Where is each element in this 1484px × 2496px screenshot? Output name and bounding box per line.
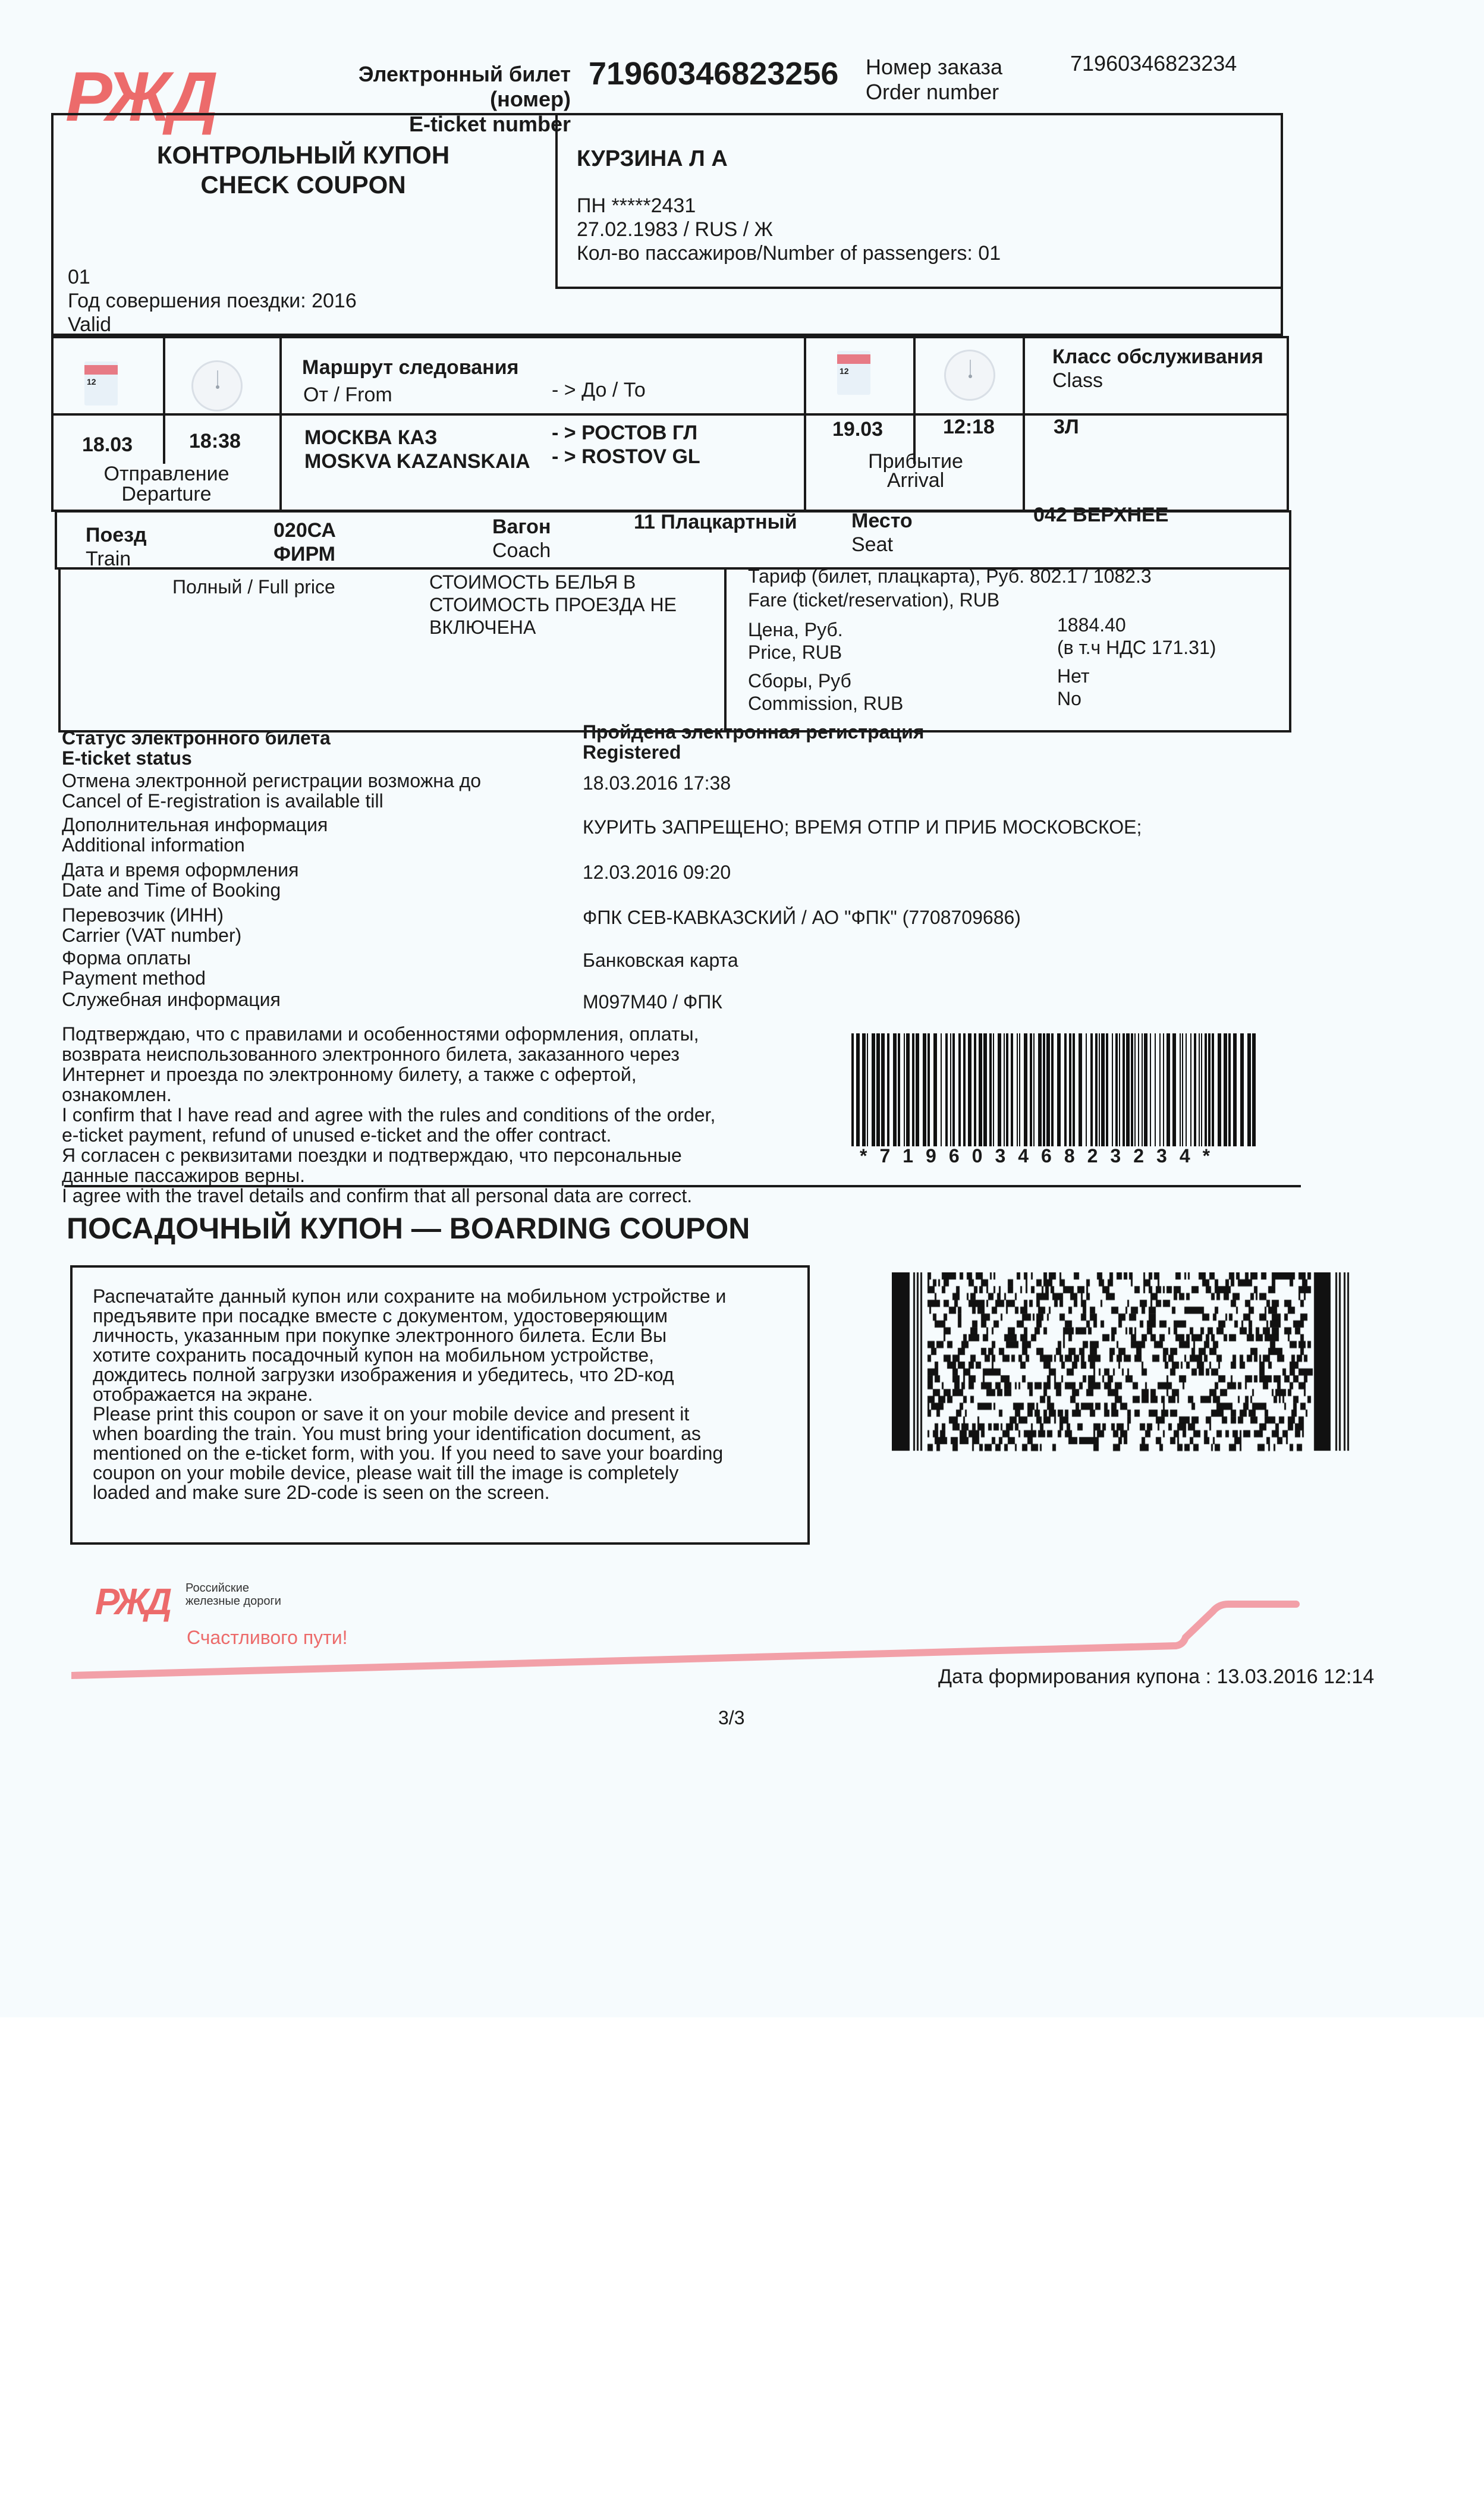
price-label-ru: Цена, Руб. bbox=[748, 618, 843, 641]
train-type: ФИРМ bbox=[273, 542, 336, 566]
detail-value-ru: ФПК СЕВ-КАВКАЗСКИЙ / АО "ФПК" (770870968… bbox=[583, 907, 1021, 928]
route-to-en: - > ROSTOV GL bbox=[552, 445, 700, 469]
divider bbox=[279, 336, 282, 512]
class-label-en: Class bbox=[1052, 369, 1263, 392]
order-label: Номер заказа Order number bbox=[866, 55, 1002, 105]
boarding-instruction-line: дождитесь полной загрузки изображения и … bbox=[93, 1365, 726, 1385]
passenger-name: КУРЗИНА Л А bbox=[577, 145, 728, 172]
route-to: - > РОСТОВ ГЛ - > ROSTOV GL bbox=[552, 421, 700, 469]
detail-value: КУРИТЬ ЗАПРЕЩЕНО; ВРЕМЯ ОТПР И ПРИБ МОСК… bbox=[583, 817, 1142, 837]
2d-barcode bbox=[892, 1272, 1356, 1457]
validity-status: Valid bbox=[68, 313, 357, 337]
detail-label-ru: Отмена электронной регистрации возможна … bbox=[62, 771, 481, 791]
order-number: 71960346823234 bbox=[1070, 51, 1237, 76]
price-label-en: Price, RUB bbox=[748, 641, 843, 664]
order-label-en: Order number bbox=[866, 80, 1002, 105]
detail-label-en: Date and Time of Booking bbox=[62, 880, 298, 900]
route-to-label: - > До / То bbox=[552, 378, 646, 402]
detail-label-ru: Статус электронного билета bbox=[62, 728, 331, 748]
detail-value-en: Registered bbox=[583, 742, 924, 762]
detail-value-ru: КУРИТЬ ЗАПРЕЩЕНО; ВРЕМЯ ОТПР И ПРИБ МОСК… bbox=[583, 817, 1142, 837]
detail-label-en: Carrier (VAT number) bbox=[62, 925, 241, 945]
vat-note: (в т.ч НДС 171.31) bbox=[1057, 636, 1216, 659]
coupon-code: 01 bbox=[68, 265, 357, 289]
agreement-text: Подтверждаю, что с правилами и особеннос… bbox=[62, 1024, 715, 1206]
divider bbox=[163, 336, 165, 464]
linen-note: СТОИМОСТЬ БЕЛЬЯ В СТОИМОСТЬ ПРОЕЗДА НЕ В… bbox=[429, 571, 715, 639]
boarding-instruction-line: coupon on your mobile device, please wai… bbox=[93, 1463, 726, 1483]
detail-value: 12.03.2016 09:20 bbox=[583, 862, 731, 882]
boarding-instruction-line: личность, указанным при покупке электрон… bbox=[93, 1326, 726, 1346]
eticket-label-ru: Электронный билет (номер) bbox=[273, 62, 571, 112]
detail-label-ru: Служебная информация bbox=[62, 989, 281, 1010]
route-header: Маршрут следования bbox=[302, 356, 518, 379]
detail-value: 18.03.2016 17:38 bbox=[583, 773, 731, 793]
departure-label-en: Departure bbox=[77, 484, 256, 504]
coupon-generated-at: Дата формирования купона : 13.03.2016 12… bbox=[938, 1665, 1374, 1689]
order-label-ru: Номер заказа bbox=[866, 55, 1002, 80]
detail-label-en: Cancel of E-registration is available ti… bbox=[62, 791, 481, 811]
detail-label: Дополнительная информацияAdditional info… bbox=[62, 815, 328, 855]
route-from-label: От / From bbox=[303, 383, 392, 407]
check-coupon-title: КОНТРОЛЬНЫЙ КУПОН CHECK COUPON bbox=[71, 140, 535, 200]
train-number-value: 020СА bbox=[273, 518, 336, 542]
route-to-ru: - > РОСТОВ ГЛ bbox=[552, 421, 700, 445]
trip-year: Год совершения поездки: 2016 bbox=[68, 289, 357, 313]
scanned-page: РЖД Электронный билет (номер) E-ticket n… bbox=[0, 0, 1484, 2017]
coach-value: 11 Плацкартный bbox=[634, 510, 797, 534]
boarding-instruction-line: loaded and make sure 2D-code is seen on … bbox=[93, 1483, 726, 1502]
detail-label-en: Payment method bbox=[62, 968, 206, 988]
agreement-line: I confirm that I have read and agree wit… bbox=[62, 1105, 715, 1125]
arrival-time: 12:18 bbox=[943, 415, 995, 439]
detail-label: Отмена электронной регистрации возможна … bbox=[62, 771, 481, 811]
train-number: 020СА ФИРМ bbox=[273, 518, 336, 566]
commission-value: Нет No bbox=[1057, 665, 1090, 710]
detail-value-ru: Банковская карта bbox=[583, 950, 738, 970]
class-label: Класс обслуживания Class bbox=[1052, 345, 1263, 392]
calendar-icon bbox=[837, 351, 870, 395]
barcode bbox=[851, 1033, 1262, 1146]
agreement-line: данные пассажиров верны. bbox=[62, 1165, 715, 1186]
class-label-ru: Класс обслуживания bbox=[1052, 345, 1263, 369]
commission-label-en: Commission, RUB bbox=[748, 692, 903, 715]
detail-label-en: Additional information bbox=[62, 835, 328, 855]
price-amount: 1884.40 bbox=[1057, 614, 1216, 636]
check-coupon-meta: 01 Год совершения поездки: 2016 Valid bbox=[68, 265, 357, 337]
divider bbox=[64, 1185, 1301, 1187]
calendar-icon bbox=[84, 361, 118, 405]
departure-label: Отправление Departure bbox=[77, 464, 256, 504]
passenger-document: ПН *****2431 bbox=[577, 194, 1001, 218]
arrival-date: 19.03 bbox=[832, 417, 883, 441]
agreement-line: Интернет и проезда по электронному билет… bbox=[62, 1064, 715, 1084]
agreement-line: e-ticket payment, refund of unused e-tic… bbox=[62, 1125, 715, 1145]
tariff-label-ru: Тариф (билет, плацкарта), Руб. bbox=[748, 565, 1024, 587]
divider bbox=[804, 336, 806, 512]
arrival-label-en: Arrival bbox=[826, 471, 1005, 490]
detail-value-ru: М097М40 / ФПК bbox=[583, 992, 722, 1012]
arrival-label: Прибытие Arrival bbox=[826, 452, 1005, 490]
detail-label-ru: Форма оплаты bbox=[62, 948, 206, 968]
coach-label: Вагон Coach bbox=[492, 515, 551, 562]
departure-label-ru: Отправление bbox=[77, 464, 256, 484]
boarding-instruction-line: отображается на экране. bbox=[93, 1385, 726, 1404]
class-value: 3Л bbox=[1054, 415, 1079, 439]
train-label: Поезд Train bbox=[86, 523, 147, 571]
boarding-coupon-title: ПОСАДОЧНЫЙ КУПОН — BOARDING COUPON bbox=[67, 1211, 750, 1246]
detail-label: Статус электронного билетаE-ticket statu… bbox=[62, 728, 331, 768]
boarding-instruction-line: хотите сохранить посадочный купон на моб… bbox=[93, 1346, 726, 1365]
detail-value: ФПК СЕВ-КАВКАЗСКИЙ / АО "ФПК" (770870968… bbox=[583, 907, 1021, 928]
seat-value: 042 ВЕРХНЕЕ bbox=[1033, 503, 1168, 527]
boarding-instruction-line: Please print this coupon or save it on y… bbox=[93, 1404, 726, 1424]
agreement-line: Подтверждаю, что с правилами и особеннос… bbox=[62, 1024, 715, 1044]
detail-label-ru: Дополнительная информация bbox=[62, 815, 328, 835]
coach-label-ru: Вагон bbox=[492, 515, 551, 539]
barcode-caption: *71960346823234* bbox=[860, 1145, 1222, 1167]
agreement-line: Я согласен с реквизитами поездки и подтв… bbox=[62, 1145, 715, 1165]
route-from-en: MOSKVA KAZANSKAIA bbox=[304, 449, 530, 473]
detail-value: М097М40 / ФПК bbox=[583, 992, 722, 1012]
detail-value: Банковская карта bbox=[583, 950, 738, 970]
fare-type: Полный / Full price bbox=[172, 576, 335, 598]
commission-value-en: No bbox=[1057, 687, 1090, 710]
tariff-line: Тариф (билет, плацкарта), Руб. 802.1 / 1… bbox=[748, 565, 1152, 587]
boarding-instructions: Распечатайте данный купон или сохраните … bbox=[93, 1287, 726, 1502]
divider bbox=[724, 567, 727, 733]
passenger-birth-country-gender: 27.02.1983 / RUS / Ж bbox=[577, 218, 1001, 241]
route-from-ru: МОСКВА КАЗ bbox=[304, 426, 530, 449]
detail-label: Дата и время оформленияDate and Time of … bbox=[62, 860, 298, 900]
detail-value-ru: 18.03.2016 17:38 bbox=[583, 773, 731, 793]
train-label-ru: Поезд bbox=[86, 523, 147, 547]
seat-label-en: Seat bbox=[851, 533, 913, 557]
eticket-number: 71960346823256 bbox=[589, 56, 838, 92]
detail-label: Служебная информация bbox=[62, 989, 281, 1010]
boarding-instruction-line: предъявите при посадке вместе с документ… bbox=[93, 1306, 726, 1326]
commission-label: Сборы, Руб Commission, RUB bbox=[748, 669, 903, 715]
price-label: Цена, Руб. Price, RUB bbox=[748, 618, 843, 664]
detail-value-ru: 12.03.2016 09:20 bbox=[583, 862, 731, 882]
divider bbox=[555, 113, 558, 289]
divider bbox=[1023, 336, 1025, 512]
check-coupon-title-en: CHECK COUPON bbox=[71, 170, 535, 200]
detail-label-ru: Перевозчик (ИНН) bbox=[62, 905, 241, 925]
page-indicator: 3/3 bbox=[718, 1706, 744, 1729]
clock-icon bbox=[944, 350, 995, 401]
decorative-rail bbox=[71, 1587, 1379, 1706]
passenger-details: ПН *****2431 27.02.1983 / RUS / Ж Кол-во… bbox=[577, 194, 1001, 265]
detail-label: Форма оплатыPayment method bbox=[62, 948, 206, 988]
check-coupon-title-ru: КОНТРОЛЬНЫЙ КУПОН bbox=[71, 140, 535, 170]
agreement-line: I agree with the travel details and conf… bbox=[62, 1186, 715, 1206]
divider bbox=[51, 413, 1289, 416]
boarding-instruction-line: when boarding the train. You must bring … bbox=[93, 1424, 726, 1444]
detail-label-ru: Дата и время оформления bbox=[62, 860, 298, 880]
route-from: МОСКВА КАЗ MOSKVA KAZANSKAIA bbox=[304, 426, 530, 473]
boarding-instruction-line: mentioned on the e-ticket form, with you… bbox=[93, 1444, 726, 1463]
clock-icon bbox=[191, 360, 243, 411]
divider bbox=[555, 287, 1283, 289]
price-value: 1884.40 (в т.ч НДС 171.31) bbox=[1057, 614, 1216, 659]
detail-label-en: E-ticket status bbox=[62, 748, 331, 768]
agreement-line: ознакомлен. bbox=[62, 1084, 715, 1105]
commission-label-ru: Сборы, Руб bbox=[748, 669, 903, 692]
coach-label-en: Coach bbox=[492, 539, 551, 562]
tariff-label-en: Fare (ticket/reservation), RUB bbox=[748, 589, 999, 611]
detail-label: Перевозчик (ИНН)Carrier (VAT number) bbox=[62, 905, 241, 945]
divider bbox=[913, 336, 916, 464]
departure-date: 18.03 bbox=[82, 433, 133, 457]
boarding-instruction-line: Распечатайте данный купон или сохраните … bbox=[93, 1287, 726, 1306]
seat-label-ru: Место bbox=[851, 509, 913, 533]
commission-value-ru: Нет bbox=[1057, 665, 1090, 687]
detail-value-ru: Пройдена электронная регистрация bbox=[583, 722, 924, 742]
detail-value: Пройдена электронная регистрацияRegister… bbox=[583, 722, 924, 762]
departure-time: 18:38 bbox=[189, 429, 241, 453]
arrival-label-ru: Прибытие bbox=[826, 452, 1005, 471]
passenger-count: Кол-во пассажиров/Number of passengers: … bbox=[577, 241, 1001, 265]
agreement-line: возврата неиспользованного электронного … bbox=[62, 1044, 715, 1064]
tariff-value: 802.1 / 1082.3 bbox=[1030, 565, 1152, 587]
seat-label: Место Seat bbox=[851, 509, 913, 557]
